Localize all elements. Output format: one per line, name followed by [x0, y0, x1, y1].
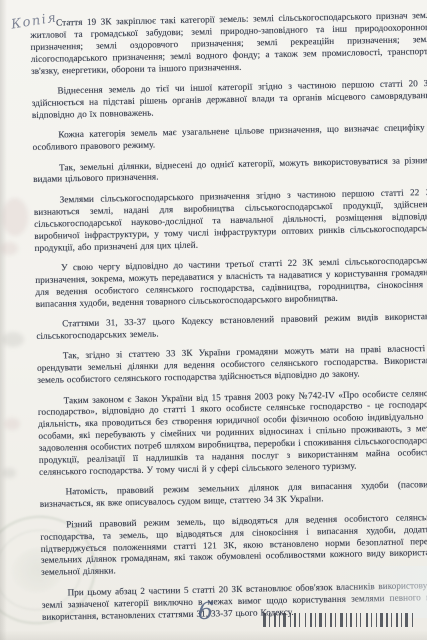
paragraph: Стаття 19 ЗК закріплює такі категорії зе… — [30, 10, 427, 78]
bleed-smudge — [2, 332, 24, 347]
paragraph: Так, згідно зі статтею 33 ЗК України гро… — [37, 343, 427, 387]
scanned-document-page: Копія Стаття 19 ЗК закріплює такі катего… — [0, 0, 427, 640]
bleed-smudge — [0, 242, 18, 255]
bleed-smudge — [2, 198, 28, 236]
bleed-smudge — [2, 468, 16, 478]
paragraph: У свою чергу відповідно до частини треть… — [35, 255, 427, 311]
paragraph: Землями сільськогосподарського призначен… — [34, 187, 427, 255]
barcode-icon — [263, 613, 416, 627]
paragraph: Кожна категорія земель має узагальнене ц… — [32, 122, 427, 154]
document-body: Стаття 19 ЗК закріплює такі категорії зе… — [30, 10, 427, 632]
paragraph: Натомість, правовий режим земельних діля… — [39, 479, 427, 511]
paragraph: Статтями 31, 33-37 цього Кодексу встанов… — [36, 311, 427, 343]
page-number: 6 — [197, 597, 214, 626]
paragraph: Таким законом є Закон України від 15 тра… — [38, 387, 427, 478]
bleed-smudge — [4, 418, 20, 430]
paragraph: Так, земельні ділянки, віднесені до одні… — [33, 154, 427, 186]
scan-edge-shadow-left — [0, 0, 7, 640]
paragraph: Віднесення земель до тієї чи іншої катег… — [31, 78, 427, 122]
scan-edge-shadow-bottom — [0, 630, 427, 640]
paragraph: Різний правовий режим земель, що відводя… — [40, 512, 427, 580]
